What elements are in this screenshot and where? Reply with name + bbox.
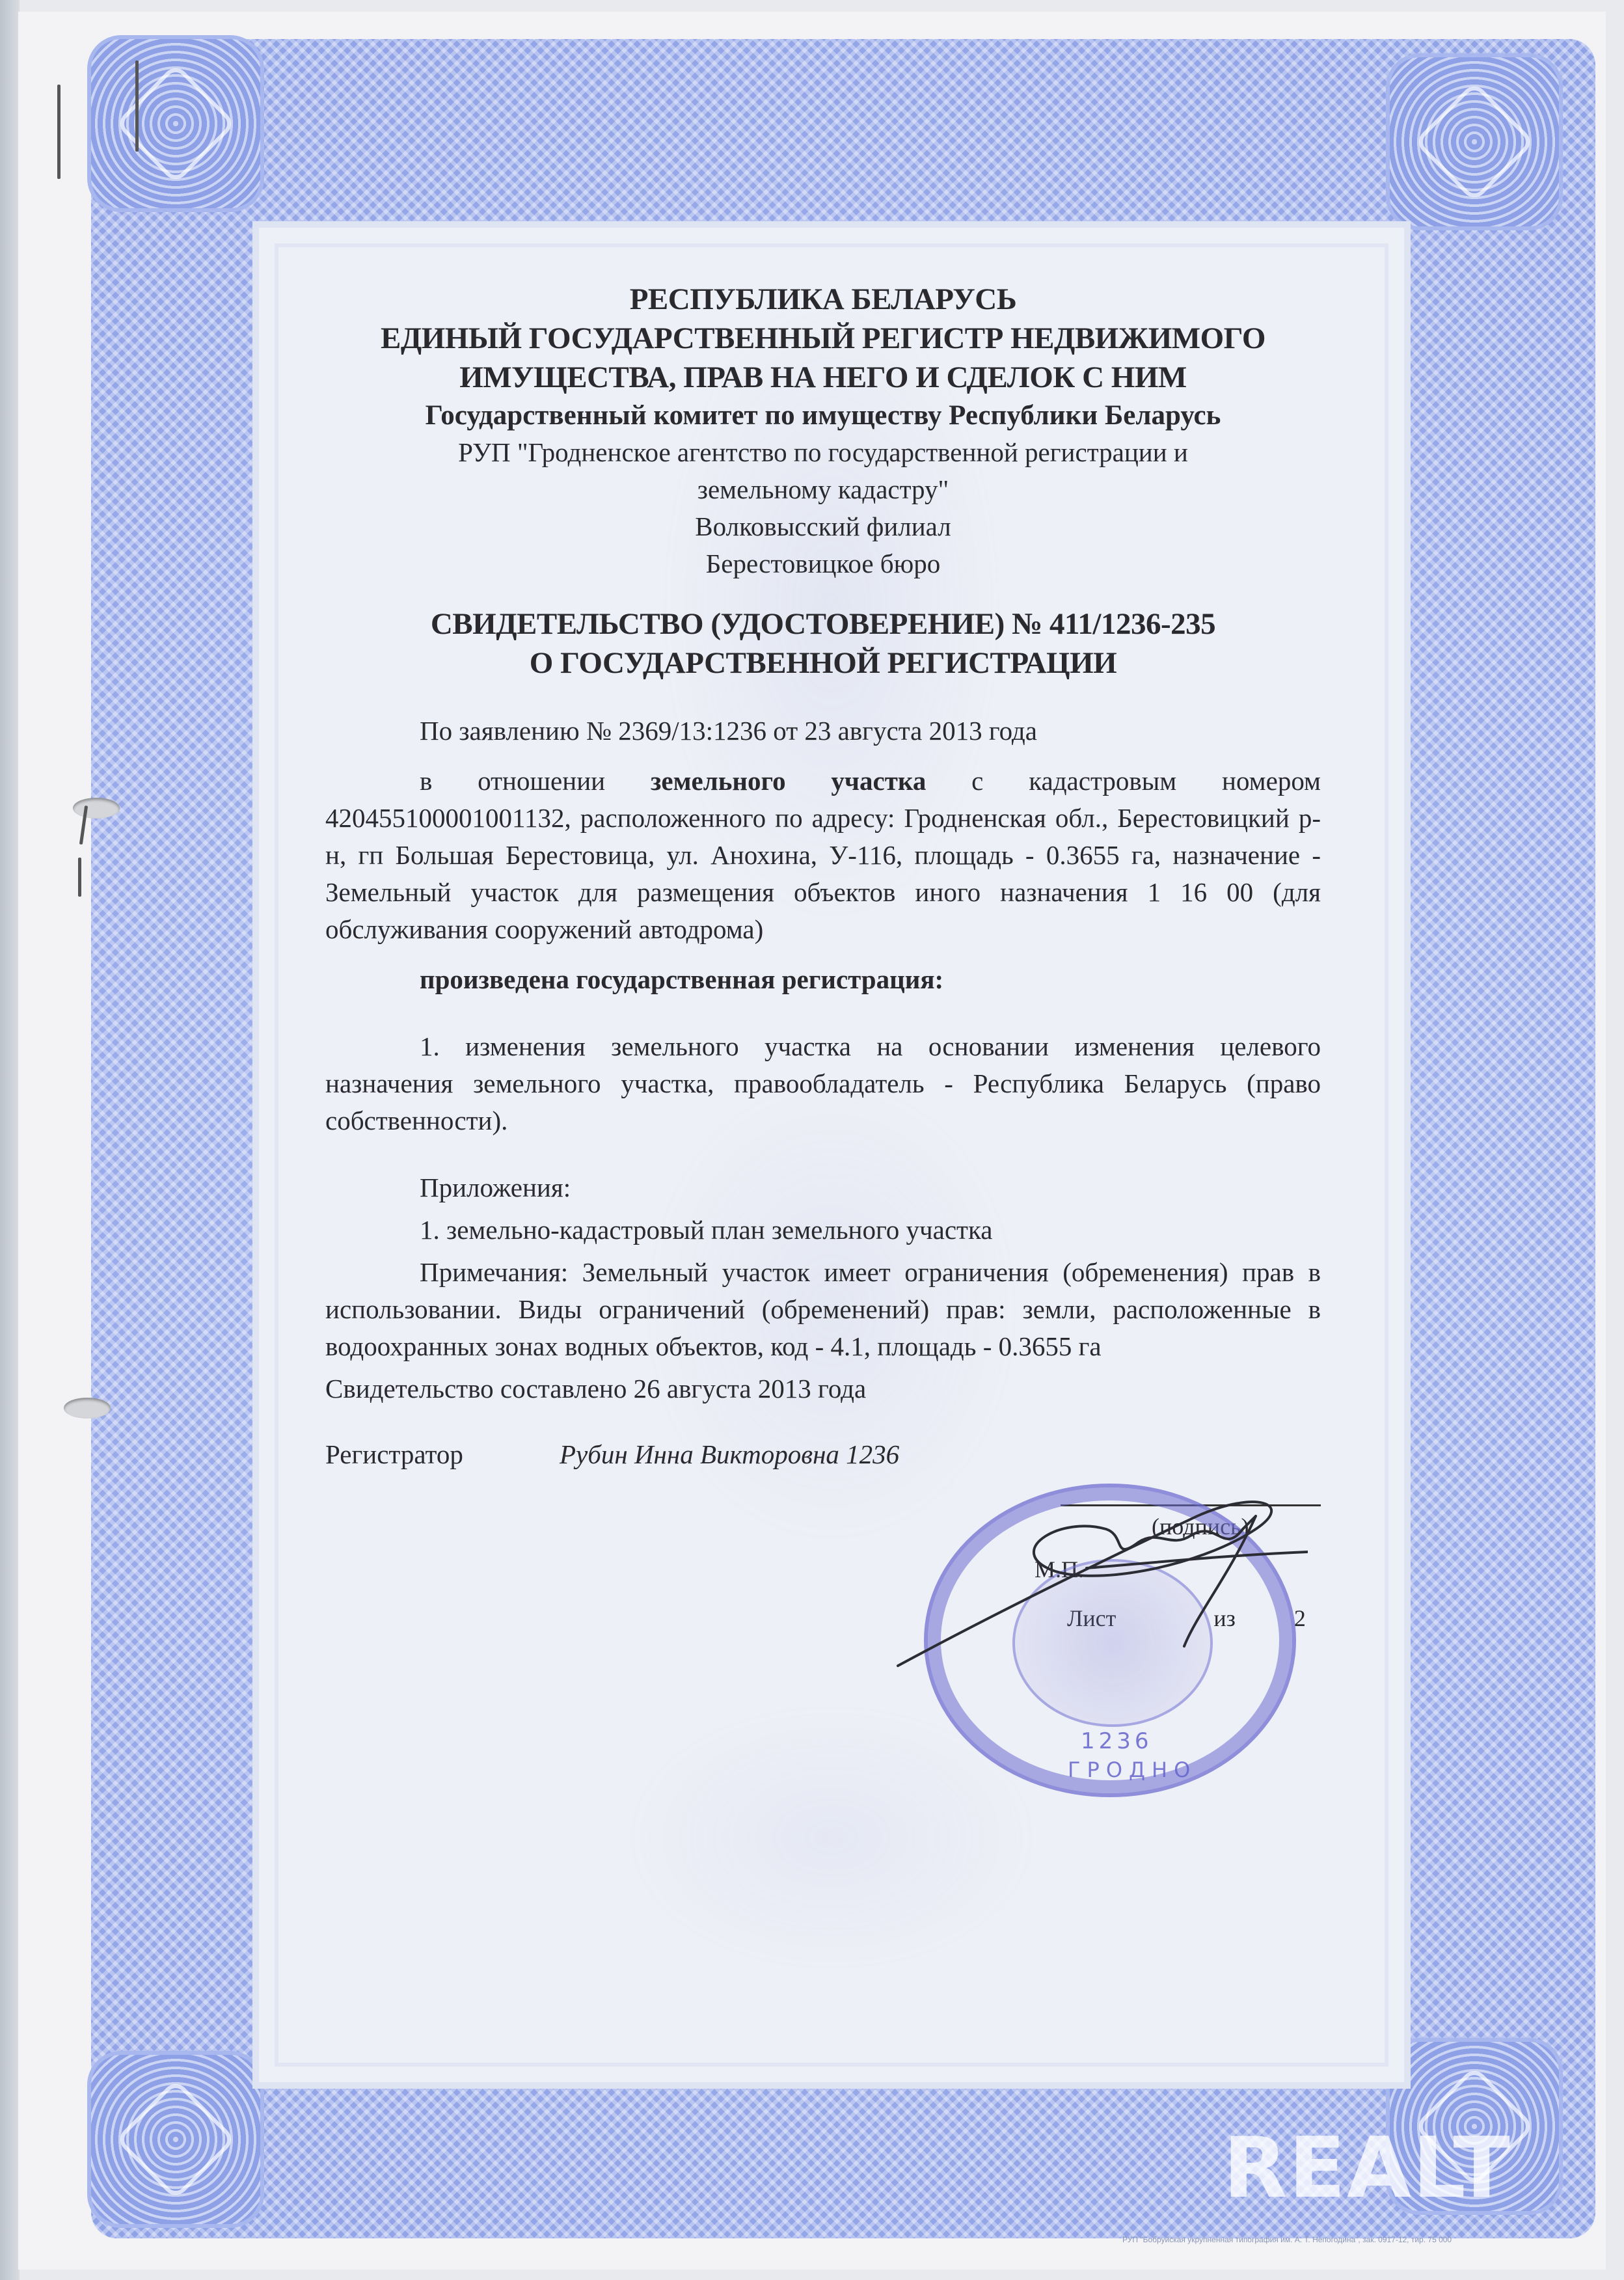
application-reference: По заявлению № 2369/13:1236 от 23 август… bbox=[325, 712, 1321, 750]
bureau-name: Берестовицкое бюро bbox=[325, 545, 1321, 582]
corner-rosette-icon bbox=[91, 2055, 260, 2224]
agency-name-line2: земельному кадастру" bbox=[325, 471, 1321, 508]
notes: Примечания: Земельный участок имеет огра… bbox=[325, 1254, 1321, 1365]
corner-rosette-icon bbox=[1390, 57, 1559, 226]
object-type: земельного участка bbox=[651, 766, 926, 796]
punch-hole bbox=[73, 798, 120, 819]
country-heading: РЕСПУБЛИКА БЕЛАРУСЬ bbox=[325, 280, 1321, 319]
registry-heading-line2: ИМУЩЕСТВА, ПРАВ НА НЕГО И СДЕЛОК С НИМ bbox=[325, 358, 1321, 397]
attachments-label: Приложения: bbox=[325, 1169, 1321, 1206]
registrar-line: Регистратор Рубин Инна Викторовна 1236 bbox=[325, 1436, 1321, 1473]
certificate-body: РЕСПУБЛИКА БЕЛАРУСЬ ЕДИНЫЙ ГОСУДАРСТВЕНН… bbox=[325, 280, 1321, 1668]
object-description: в отношении земельного участка с кадастр… bbox=[325, 763, 1321, 948]
document-title: СВИДЕТЕЛЬСТВО (УДОСТОВЕРЕНИЕ) № 411/1236… bbox=[325, 604, 1321, 683]
issue-date: Свидетельство составлено 26 августа 2013… bbox=[325, 1370, 1321, 1407]
stamp-number: 1236 bbox=[1081, 1728, 1153, 1754]
agency-name-line1: РУП "Гродненское агентство по государств… bbox=[325, 434, 1321, 471]
printer-info: РУП "Бобруйская укрупненная типография и… bbox=[1122, 2235, 1452, 2244]
scanner-edge bbox=[0, 0, 20, 2280]
registration-item: 1. изменения земельного участка на основ… bbox=[325, 1028, 1321, 1139]
punch-hole bbox=[64, 1398, 111, 1418]
certificate-number: СВИДЕТЕЛЬСТВО (УДОСТОВЕРЕНИЕ) № 411/1236… bbox=[325, 604, 1321, 644]
corner-rosette-icon bbox=[91, 39, 260, 208]
staple bbox=[78, 858, 81, 897]
registry-heading-line1: ЕДИНЫЙ ГОСУДАРСТВЕННЫЙ РЕГИСТР НЕДВИЖИМО… bbox=[325, 319, 1321, 358]
stamp-city: ГРОДНО bbox=[1068, 1758, 1197, 1782]
attachment-item: 1. земельно-кадастровый план земельного … bbox=[325, 1212, 1321, 1249]
certificate-subtitle: О ГОСУДАРСТВЕННОЙ РЕГИСТРАЦИИ bbox=[325, 644, 1321, 683]
object-prefix: в отношении bbox=[420, 766, 651, 796]
registrar-label: Регистратор bbox=[325, 1436, 560, 1473]
realt-watermark-logo: REALT bbox=[1223, 2120, 1511, 2217]
staple bbox=[57, 85, 61, 179]
branch-name: Волковысский филиал bbox=[325, 508, 1321, 545]
registration-heading: произведена государственная регистрация: bbox=[325, 961, 1321, 998]
registrar-name: Рубин Инна Викторовна 1236 bbox=[560, 1436, 899, 1473]
staple bbox=[135, 61, 139, 152]
committee-name: Государственный комитет по имуществу Рес… bbox=[325, 397, 1321, 434]
handwritten-signature-icon bbox=[891, 1490, 1308, 1672]
